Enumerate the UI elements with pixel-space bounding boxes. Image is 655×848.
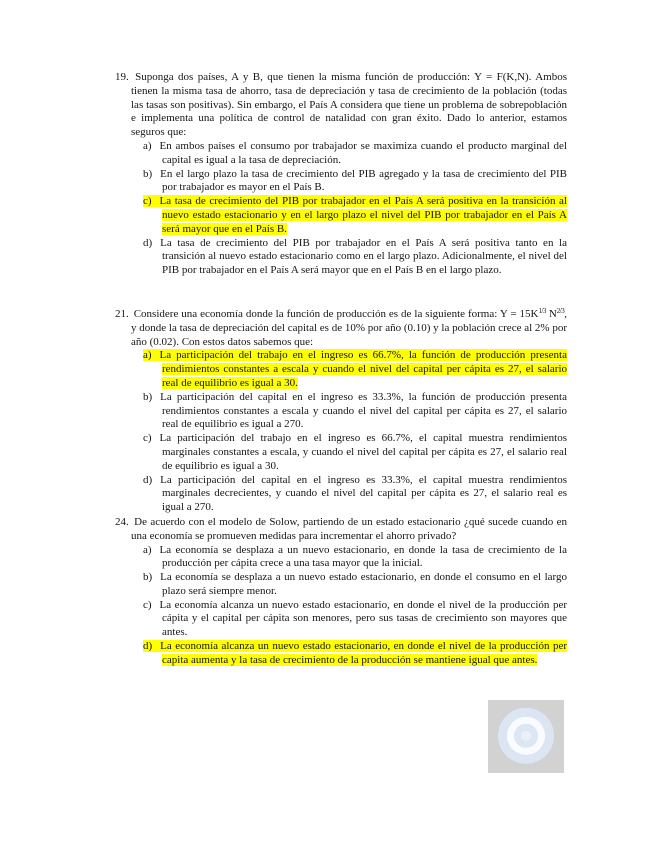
question-24-intro: 24. De acuerdo con el modelo de Solow, p… [115,516,567,544]
option-b: b)En el largo plazo la tasa de crecimien… [115,168,567,196]
option-marker: a) [143,140,152,152]
option-text: En el largo plazo la tasa de crecimiento… [160,168,567,194]
option-b: b)La participación del capital en el ing… [115,391,567,432]
option-body-highlighted: d)La economía alcanza un nuevo estado es… [143,640,567,666]
option-marker: a) [143,544,152,556]
option-text: La participación del capital en el ingre… [160,474,567,514]
option-text: La economía se desplaza a un nuevo estad… [160,571,567,597]
option-marker: b) [143,571,152,583]
option-body: a)La economía se desplaza a un nuevo est… [143,544,567,570]
option-c: c)La economía alcanza un nuevo estado es… [115,599,567,640]
question-number: 24. [115,516,129,528]
option-marker: d) [143,640,152,652]
question-text-pre: Considere una economía donde la función … [134,308,539,320]
question-text: Suponga dos países, A y B, que tienen la… [131,71,567,138]
question-24-options: a)La economía se desplaza a un nuevo est… [115,544,567,668]
option-body: c)La participación del trabajo en el ing… [143,432,567,472]
option-body-highlighted: c)La tasa de crecimiento del PIB por tra… [143,195,567,235]
option-body: d)La tasa de crecimiento del PIB por tra… [143,237,567,277]
option-marker: a) [143,349,152,361]
option-d: d)La economía alcanza un nuevo estado es… [115,640,567,668]
option-text: La economía se desplaza a un nuevo estac… [160,544,567,570]
concentric-circles-watermark [488,700,564,773]
option-text: La participación del capital en el ingre… [160,391,567,431]
question-19-intro: 19. Suponga dos países, A y B, que tiene… [115,71,567,140]
option-body-highlighted: a)La participación del trabajo en el ing… [143,349,567,389]
option-a: a)La participación del trabajo en el ing… [115,349,567,390]
option-body: c)La economía alcanza un nuevo estado es… [143,599,567,639]
option-marker: d) [143,237,152,249]
option-d: d)La participación del capital en el ing… [115,474,567,515]
question-19-options: a)En ambos países el consumo por trabaja… [115,140,567,278]
option-c: c)La tasa de crecimiento del PIB por tra… [115,195,567,236]
option-text: La participación del trabajo en el ingre… [160,349,567,389]
option-text: La economía alcanza un nuevo estado esta… [160,599,567,639]
question-number: 21. [115,308,129,320]
document-content: 19. Suponga dos países, A y B, que tiene… [115,71,567,668]
option-marker: d) [143,474,152,486]
option-d: d)La tasa de crecimiento del PIB por tra… [115,237,567,278]
option-body: b)La economía se desplaza a un nuevo est… [143,571,567,597]
option-body: b)En el largo plazo la tasa de crecimien… [143,168,567,194]
option-text: La tasa de crecimiento del PIB por traba… [160,195,567,235]
document-page: 19. Suponga dos países, A y B, que tiene… [0,0,655,848]
option-body: d)La participación del capital en el ing… [143,474,567,514]
option-marker: c) [143,432,152,444]
question-text-mid: N [546,308,557,320]
option-marker: b) [143,168,152,180]
option-text: En ambos países el consumo por trabajado… [160,140,567,166]
question-21-options: a)La participación del trabajo en el ing… [115,349,567,515]
option-b: b)La economía se desplaza a un nuevo est… [115,571,567,599]
question-24: 24. De acuerdo con el modelo de Solow, p… [115,516,567,668]
option-text: La economía alcanza un nuevo estado esta… [160,640,567,666]
option-c: c)La participación del trabajo en el ing… [115,432,567,473]
option-body: a)En ambos países el consumo por trabaja… [143,140,567,166]
option-a: a)La economía se desplaza a un nuevo est… [115,544,567,572]
option-text: La participación del trabajo en el ingre… [160,432,567,472]
question-21-intro: 21. Considere una economía donde la func… [115,305,567,349]
option-body: b)La participación del capital en el ing… [143,391,567,431]
question-19: 19. Suponga dos países, A y B, que tiene… [115,71,567,278]
question-text: De acuerdo con el modelo de Solow, parti… [131,516,567,542]
option-marker: c) [143,599,152,611]
question-number: 19. [115,71,129,83]
capital-exponent: 1/3 [538,307,545,315]
option-marker: b) [143,391,152,403]
option-a: a)En ambos países el consumo por trabaja… [115,140,567,168]
question-21: 21. Considere una economía donde la func… [115,305,567,515]
option-text: La tasa de crecimiento del PIB por traba… [160,237,567,277]
option-marker: c) [143,195,152,207]
